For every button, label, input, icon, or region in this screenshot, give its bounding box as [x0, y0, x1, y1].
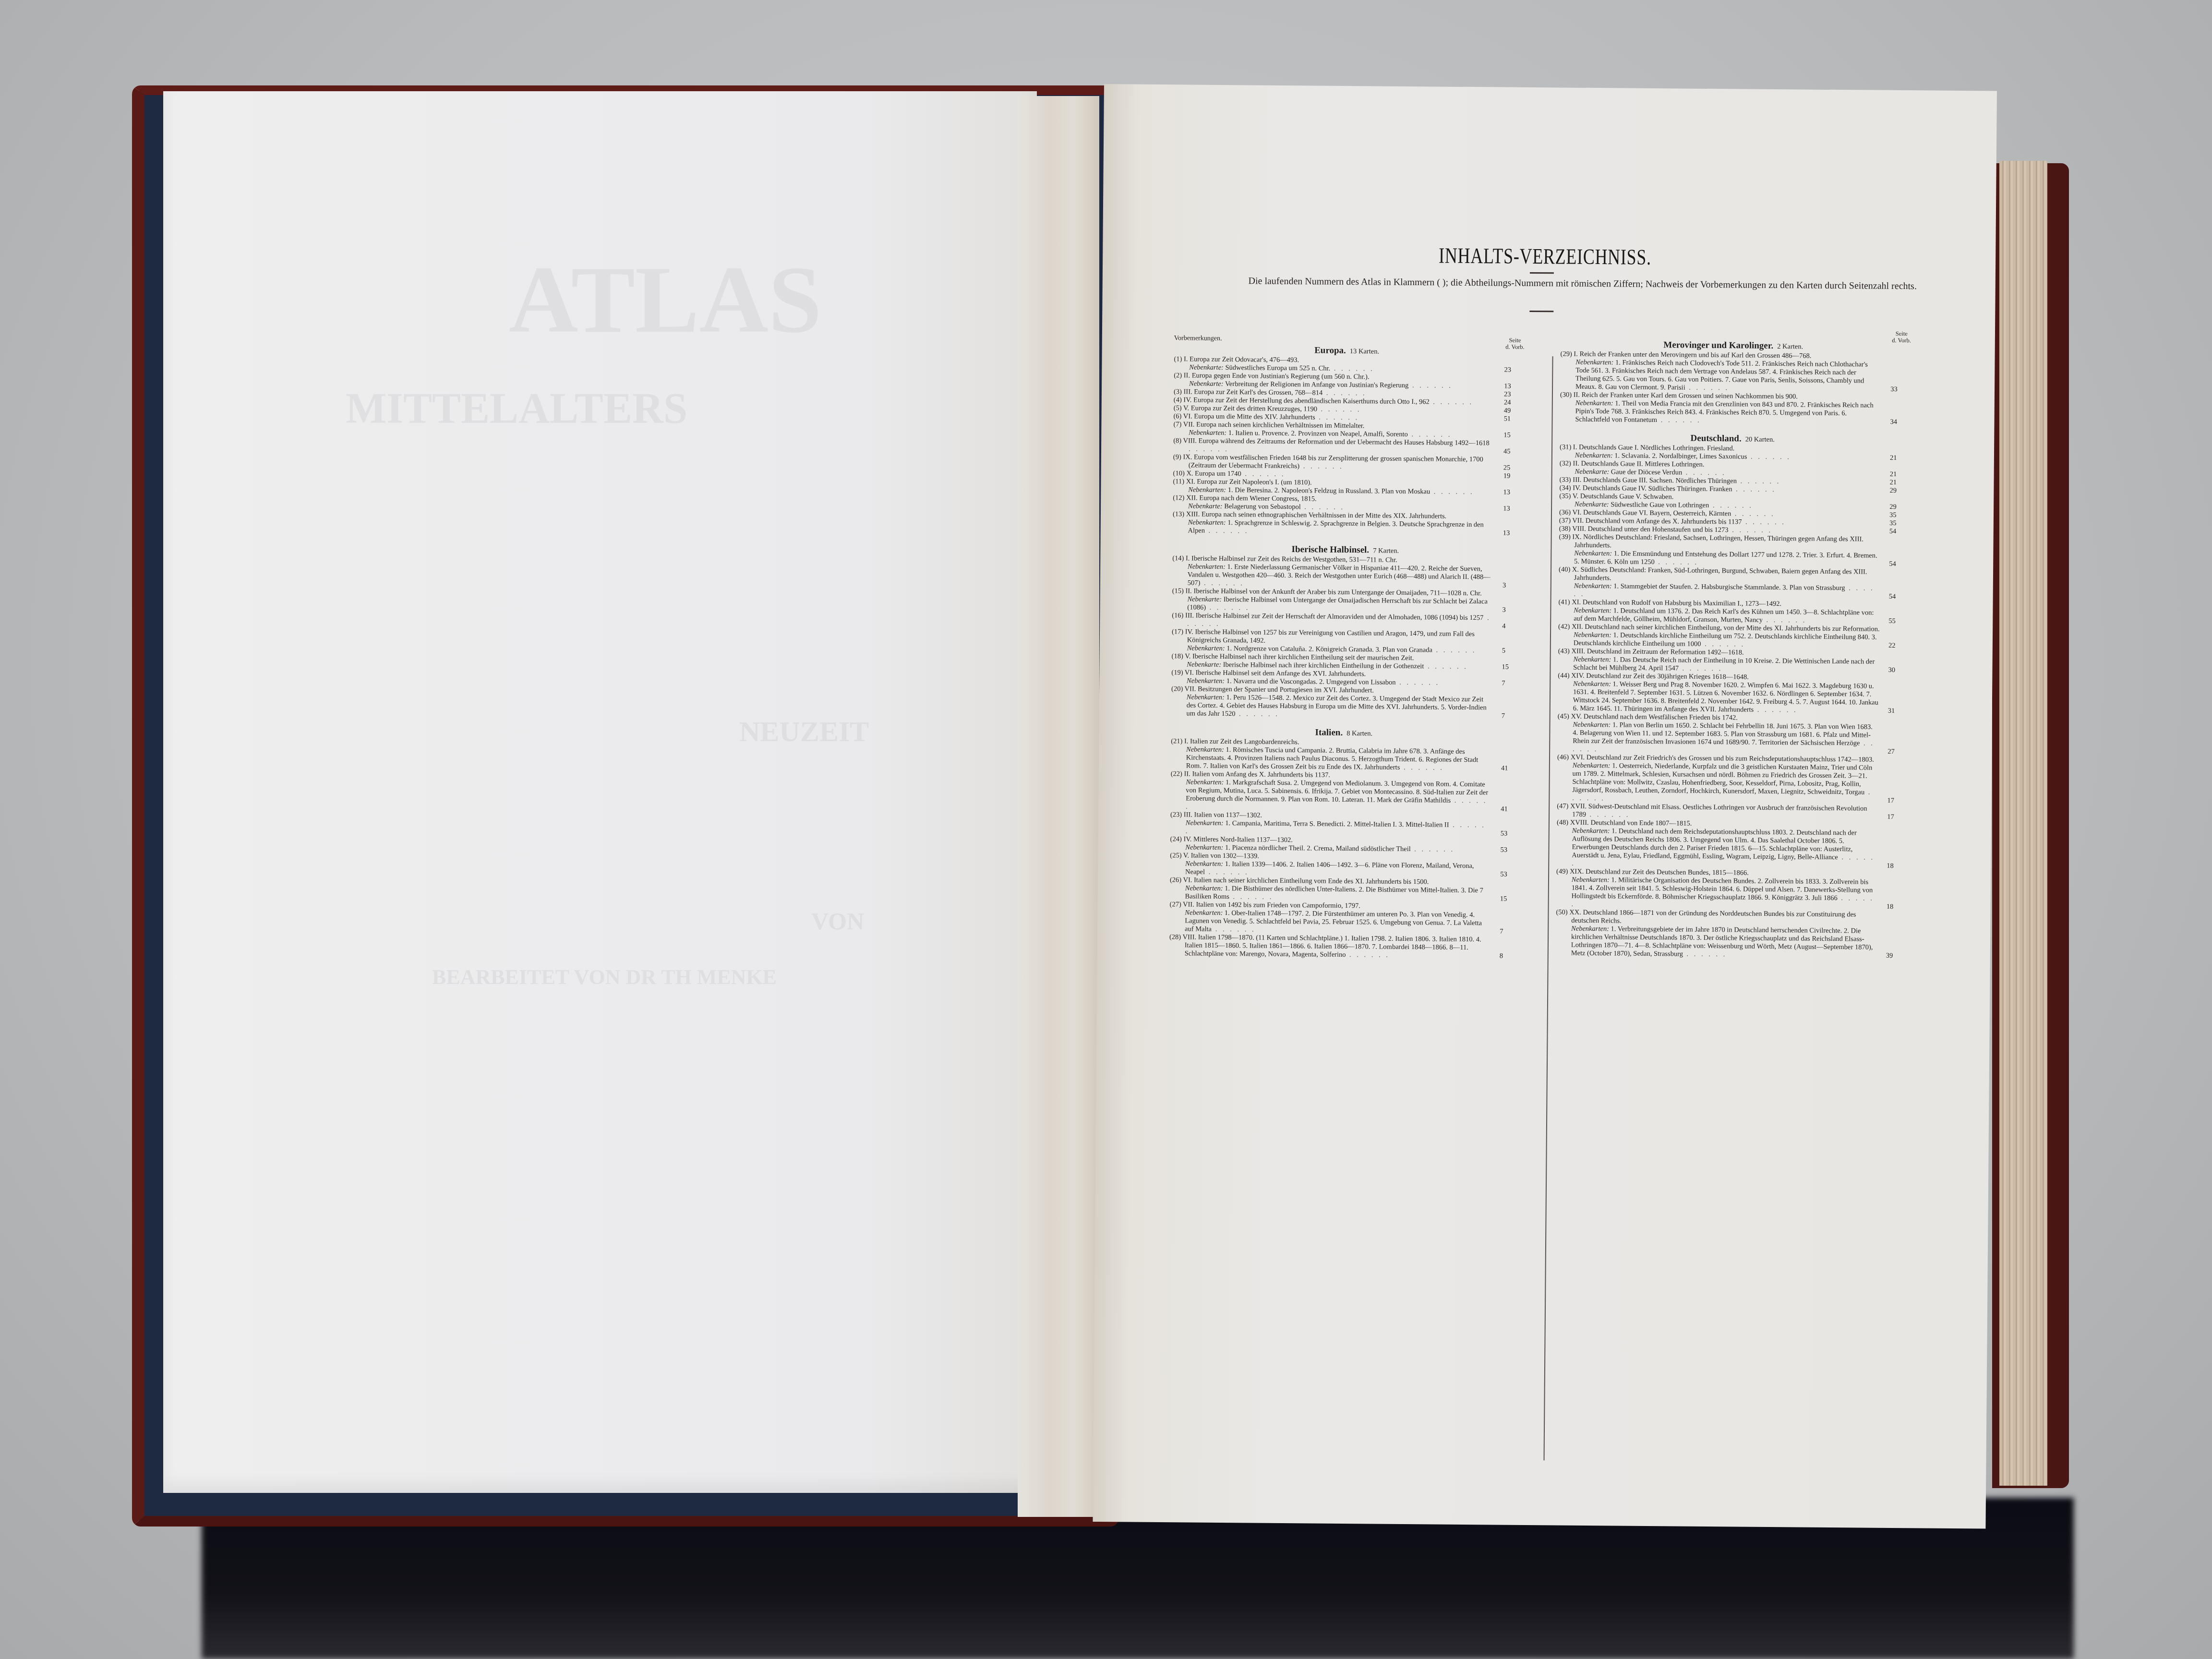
toc-entry: (23) III. Italien von 1137—1302.Nebenkar…: [1170, 811, 1516, 838]
nebenkarte-text: 1. Navarra und die Vascongadas. 2. Umgeg…: [1226, 677, 1396, 686]
nebenkarte-label: Nebenkarten:: [1571, 925, 1609, 933]
nebenkarte-label: Nebenkarte:: [1575, 468, 1610, 476]
leader-dots: . . . . . .: [1301, 503, 1345, 511]
toc-entry: (7) VII. Europa nach seinen kirchlichen …: [1173, 421, 1519, 440]
entry-number: (33) III.: [1559, 476, 1581, 483]
nebenkarte-text: 1. Sclavania. 2. Nordalbinger, Limes Sax…: [1614, 452, 1747, 460]
toc-entry: (17) IV. Iberische Halbinsel von 1257 bi…: [1172, 628, 1517, 655]
entry-number: (18) V.: [1172, 652, 1191, 660]
entry-title: Nördliches Deutschland: Friesland, Sachs…: [1574, 533, 1863, 549]
entry-number: (35) V.: [1559, 492, 1578, 500]
leader-dots: . . . . . .: [1411, 845, 1455, 854]
nebenkarte-text: Gaue der Diöcese Verdun: [1611, 468, 1682, 476]
entry-title: Italien 1798—1870. (11 Karten und Schlac…: [1185, 934, 1481, 959]
entry-number: (27) VII.: [1170, 901, 1194, 908]
toc-entry: (9) IX. Europa vom westfälischen Frieden…: [1173, 453, 1519, 472]
entry-number: (15) II.: [1172, 587, 1192, 595]
section-map-count: 2 Karten.: [1777, 343, 1803, 350]
entry-title: Deutschland von Rudolf von Habsburg bis …: [1583, 599, 1781, 608]
nebenkarte-text: 1. Deutschland um 1376. 2. Das Reich Kar…: [1574, 607, 1874, 624]
nebenkarte-text: Südwestliche Gaue von Lothringen: [1611, 501, 1709, 509]
leader-dots: . . . . . .: [1315, 413, 1359, 421]
entry-number: (28) VIII.: [1169, 933, 1196, 941]
leader-dots: . . . . . .: [1229, 893, 1274, 901]
entry-number: (39) IX.: [1559, 533, 1582, 541]
leader-dots: . . . . . .: [1432, 646, 1477, 654]
entry-number: (19) VI.: [1171, 669, 1194, 676]
entry-number: (6) VI.: [1174, 412, 1192, 420]
toc-entry: (24) IV. Mittleres Nord-Italien 1137—130…: [1170, 835, 1515, 854]
entry-number: (38) VIII.: [1559, 525, 1586, 532]
toc-entry: (42) XII. Deutschland nach seiner kirchl…: [1558, 623, 1904, 650]
nebenkarte-label: Nebenkarten:: [1573, 656, 1611, 664]
leader-dots: . . . . . .: [1701, 640, 1745, 649]
nebenkarte-label: Nebenkarten:: [1575, 399, 1613, 408]
entry-number: (21) I.: [1171, 737, 1188, 745]
nebenkarte-text: 1. Die Emsmündung und Entstehung des Dol…: [1574, 550, 1877, 566]
leader-dots: . . . . . .: [1709, 502, 1753, 510]
toc-entry: (27) VII. Italien von 1492 bis zum Fried…: [1169, 901, 1515, 936]
leader-dots: . . . . . .: [1206, 604, 1250, 612]
page-title: INHALTS-VERZEICHNISS.: [1439, 242, 1651, 269]
toc-entry: (43) XIII. Deutschland im Zeitraum der R…: [1558, 647, 1903, 674]
entry-title: Deutschlands Gaue VI. Bayern, Oesterreic…: [1583, 509, 1731, 517]
toc-entry: (16) III. Iberische Halbinsel zur Zeit d…: [1172, 612, 1517, 631]
toc-column-left: Vorbemerkungen. Seite d. Vorb. Europa.13…: [1169, 334, 1520, 967]
toc-entry: (1) I. Europa zur Zeit Odovacar's, 476—4…: [1174, 355, 1519, 374]
entry-number: (32) II.: [1560, 459, 1579, 467]
entry-title: Europa gegen Ende von Justinian's Regier…: [1192, 372, 1370, 381]
entry-title: Deutschlands Gaue II. Mittleres Lothring…: [1581, 460, 1704, 469]
entry-number: (48) XVIII.: [1557, 818, 1589, 827]
entry-title: Deutschland unter den Hohenstaufen und b…: [1587, 525, 1728, 534]
leader-dots: . . . . . .: [1685, 384, 1730, 392]
leader-dots: . . . . . .: [1189, 445, 1229, 453]
entry-title: Deutschland nach dem Westfälischen Fried…: [1584, 713, 1738, 722]
entry-number: (43) XIII.: [1558, 647, 1585, 655]
entry-number: (4) IV.: [1174, 396, 1192, 404]
vorbemerkungen-label: Vorbemerkungen.: [1174, 334, 1520, 345]
entry-title: Europa nach seinen kirchlichen Verhältni…: [1196, 421, 1365, 430]
toc-entry: (41) XI. Deutschland von Rudolf von Habs…: [1558, 598, 1904, 625]
entry-number: (42) XII.: [1558, 623, 1583, 630]
leader-dots: . . . . . .: [1395, 679, 1440, 687]
nebenkarte-label: Nebenkarten:: [1186, 819, 1224, 827]
entry-title: Iberische Halbinsel seit dem Anfange des…: [1195, 669, 1366, 678]
nebenkarte-label: Nebenkarten:: [1574, 582, 1612, 590]
title-rule: [1530, 272, 1554, 274]
nebenkarte-text: 1. Italien u. Provence. 2. Provinzen von…: [1228, 429, 1408, 438]
entry-number: (12) XII.: [1173, 494, 1198, 502]
entry-title: Iberische Halbinsel zur Zeit des Reichs …: [1191, 554, 1397, 564]
entry-number: (26) VI.: [1170, 876, 1192, 884]
toc-entry: (19) VI. Iberische Halbinsel seit dem An…: [1171, 669, 1517, 688]
page-block-edge: [1999, 161, 2047, 1486]
toc-entry: (8) VIII. Europa während des Zeitraums d…: [1173, 437, 1519, 456]
entry-number: (50) XX.: [1556, 908, 1581, 916]
toc-entry: (35) V. Deutschlands Gaue V. Schwaben.Ne…: [1559, 492, 1905, 511]
toc-entry: (26) VI. Italien nach seiner kirchlichen…: [1170, 876, 1515, 903]
toc-entry: (21) I. Italien zur Zeit des Langobarden…: [1171, 737, 1517, 773]
leader-dots: . . . . . .: [1212, 926, 1256, 934]
section-map-count: 8 Karten.: [1346, 730, 1372, 737]
entry-title: Italien vom Anfang des X. Jahrhunderts b…: [1192, 770, 1330, 779]
leader-dots: . . . . . .: [1205, 868, 1249, 877]
entry-title: Deutschland zur Zeit des Deutschen Bunde…: [1586, 868, 1749, 877]
leader-dots: . . . . . .: [1682, 469, 1726, 477]
nebenkarte-label: Nebenkarten:: [1188, 486, 1226, 494]
entry-title: Italien von 1302—1339.: [1191, 852, 1259, 860]
entry-number: (1) I.: [1174, 355, 1188, 363]
leader-dots: . . . . . .: [1657, 416, 1701, 424]
nebenkarte-label: Nebenkarten:: [1189, 429, 1226, 437]
nebenkarte-label: Nebenkarten:: [1188, 563, 1226, 571]
entry-title: Deutschlands Gaue IV. Südliches Thüringe…: [1583, 484, 1732, 493]
nebenkarte-label: Nebenkarten:: [1574, 607, 1611, 615]
entry-number: (41) XI.: [1558, 598, 1581, 606]
leader-dots: . . . . . .: [1731, 510, 1775, 518]
nebenkarte-label: Nebenkarte:: [1187, 595, 1222, 603]
nebenkarte-label: Nebenkarten:: [1575, 359, 1613, 367]
entry-number: (49) XIX.: [1556, 867, 1584, 875]
toc-entry: (32) II. Deutschlands Gaue II. Mittleres…: [1560, 459, 1905, 479]
entry-title: Europa zur Zeit Napoleon's I. (um 1810).: [1197, 478, 1312, 487]
leader-dots: . . . . . .: [1330, 365, 1374, 373]
leader-dots: . . . . . .: [1754, 706, 1798, 714]
nebenkarte-label: Nebenkarten:: [1187, 693, 1225, 701]
entry-title: Italien von 1492 bis zum Frieden von Cam…: [1196, 901, 1360, 910]
leader-dots: . . . . . .: [1729, 526, 1773, 534]
entry-title: Deutschlands Gaue III. Sachsen. Nördlich…: [1583, 476, 1737, 485]
entry-number: (24) IV.: [1170, 835, 1192, 843]
nebenkarte-text: 1. Campania, Maritima, Terra S. Benedict…: [1225, 819, 1449, 829]
show-through-title: ATLAS: [509, 245, 822, 355]
nebenkarte-text: 1. Militärische Organisation des Deutsch…: [1572, 876, 1873, 902]
show-through-line: MITTELALTERS: [346, 384, 687, 433]
entry-number: (37) VII.: [1559, 517, 1584, 524]
toc-entry: (30) II. Reich der Franken unter Karl de…: [1560, 391, 1906, 426]
toc-entry: (50) XX. Deutschland 1866—1871 von der G…: [1556, 908, 1902, 960]
show-through-line: VON: [811, 907, 864, 935]
entry-number: (13) XIII.: [1173, 510, 1200, 518]
leader-dots: . . . . . .: [1679, 664, 1723, 673]
nebenkarte-label: Nebenkarten:: [1574, 550, 1612, 558]
toc-entry: (22) II. Italien vom Anfang des X. Jahrh…: [1170, 770, 1516, 814]
nebenkarte-text: 1. Markgrafschaft Susa. 2. Umgegend von …: [1186, 779, 1488, 805]
entry-title: Europa zur Zeit Karl's des Grossen, 768—…: [1194, 388, 1322, 397]
toc-entry: (46) XVI. Deutschland zur Zeit Friedrich…: [1557, 753, 1903, 805]
nebenkarte-label: Nebenkarten:: [1188, 518, 1226, 527]
nebenkarte-text: Belagerung von Sebastopol: [1224, 503, 1301, 511]
subtitle-rule: [1529, 311, 1553, 312]
entry-title: Europa nach dem Wiener Congress, 1815.: [1199, 494, 1317, 503]
entry-number: (9) IX.: [1173, 453, 1192, 461]
entry-number: (8) VIII.: [1173, 437, 1197, 445]
leader-dots: . . . . . .: [1299, 462, 1344, 470]
entry-title: Deutschlands Gaue I. Nördliches Lothring…: [1579, 444, 1735, 453]
section-name: Europa.: [1314, 345, 1346, 356]
leader-dots: . . . . . .: [1732, 485, 1776, 493]
section-map-count: 20 Karten.: [1745, 436, 1775, 444]
nebenkarte-label: Nebenkarte:: [1187, 661, 1221, 669]
nebenkarte-label: Nebenkarten:: [1185, 909, 1223, 917]
toc-entry: (13) XIII. Europa nach seinen ethnograph…: [1173, 510, 1518, 538]
entry-title: Italien von 1137—1302.: [1194, 811, 1262, 819]
leader-dots: . . . . . .: [1586, 811, 1630, 819]
leader-dots: . . . . . .: [1424, 662, 1468, 671]
section-name: Iberische Halbinsel.: [1292, 544, 1370, 555]
nebenkarte-label: Nebenkarten:: [1573, 721, 1611, 729]
leader-dots: . . . . . .: [1235, 710, 1279, 718]
nebenkarte-label: Nebenkarten:: [1572, 876, 1610, 884]
nebenkarte-text: 1. Piacenza nördlicher Theil. 2. Crema, …: [1225, 844, 1411, 853]
gutter: [1018, 96, 1099, 1517]
nebenkarte-text: 1. Theil von Media Francia mit den Grenz…: [1575, 399, 1873, 424]
entry-number: (29) I.: [1561, 350, 1578, 358]
leader-dots: . . . . . .: [1400, 764, 1444, 772]
nebenkarte-text: 1. Plan von Berlin um 1650. 2. Schlacht …: [1573, 721, 1873, 747]
section-name: Italien.: [1315, 727, 1343, 737]
entry-number: (5) V.: [1174, 404, 1190, 412]
entry-number: (44) XIV.: [1558, 672, 1584, 679]
nebenkarte-text: 1. Peru 1526—1548. 2. Mexico zur Zeit de…: [1187, 694, 1487, 718]
leader-dots: . . . . . .: [1737, 477, 1781, 485]
toc-entry: (39) IX. Nördliches Deutschland: Friesla…: [1559, 533, 1905, 568]
entry-number: (7) VII.: [1173, 421, 1194, 428]
nebenkarte-label: Nebenkarte:: [1188, 502, 1223, 510]
entry-title: Mittleres Nord-Italien 1137—1302.: [1193, 836, 1293, 844]
contents-page: INHALTS-VERZEICHNISS. Die laufenden Numm…: [1093, 84, 1996, 1529]
section-map-count: 13 Karten.: [1350, 348, 1379, 355]
entry-number: (16) III.: [1172, 612, 1194, 619]
entry-number: (20) VII.: [1171, 685, 1196, 693]
seite-header: Seite d. Vorb.: [1505, 337, 1525, 350]
nebenkarte-label: Nebenkarten:: [1187, 677, 1225, 685]
entry-number: (2) II.: [1174, 372, 1190, 379]
entry-title: Europa während des Zeitraums der Reforma…: [1199, 437, 1490, 447]
toc-entry: (29) I. Reich der Franken unter den Mero…: [1560, 350, 1906, 394]
nebenkarte-text: 1. Stammgebiet der Staufen. 2. Habsburgi…: [1613, 582, 1845, 592]
page-subtitle: Die laufenden Nummern des Atlas in Klamm…: [1223, 275, 1943, 293]
toc-entry: (28) VIII. Italien 1798—1870. (11 Karten…: [1169, 933, 1515, 961]
leader-dots: . . . . . .: [1346, 951, 1390, 959]
leader-dots: . . . . . .: [1408, 382, 1453, 390]
entry-number: (36) VI.: [1559, 508, 1582, 516]
toc-entry: (15) II. Iberische Halbinsel von der Ank…: [1172, 587, 1517, 614]
entry-title: Iberische Halbinsel von 1257 bis zur Ver…: [1187, 628, 1475, 645]
nebenkarte-text: Iberische Halbinsel nach ihrer kirchlich…: [1223, 661, 1424, 670]
nebenkarte-text: 1. Nordgrenze von Cataluña. 2. Königreic…: [1226, 645, 1432, 654]
entry-title: Europa zur Zeit des dritten Kreuzzuges, …: [1191, 404, 1317, 413]
nebenkarte-text: Verbreitung der Religionen im Anfange vo…: [1225, 380, 1408, 389]
toc-entry: (48) XVIII. Deutschland von Ende 1807—18…: [1556, 818, 1902, 870]
entry-title: Deutschland vom Anfange des X. Jahrhunde…: [1586, 517, 1742, 526]
section-map-count: 7 Karten.: [1373, 547, 1399, 554]
toc-entry: (31) I. Deutschlands Gaue I. Nördliches …: [1560, 443, 1905, 462]
entry-number: (10) X.: [1173, 469, 1193, 477]
show-through-line: NEUZEIT: [739, 715, 869, 748]
leader-dots: . . . . . .: [1430, 398, 1474, 406]
leader-dots: . . . . . .: [1763, 616, 1807, 625]
toc-entry: (11) XI. Europa zur Zeit Napoleon's I. (…: [1173, 478, 1518, 497]
section-name: Deutschland.: [1691, 433, 1742, 444]
entry-title: Europa um 1740: [1195, 470, 1241, 478]
leader-dots: . . . . . .: [1430, 488, 1474, 496]
nebenkarte-label: Nebenkarten:: [1185, 860, 1223, 868]
leader-dots: . . . . . .: [1200, 579, 1244, 588]
nebenkarte-label: Nebenkarten:: [1187, 644, 1225, 652]
entry-number: (31) I.: [1560, 443, 1577, 451]
leader-dots: . . . . . .: [1317, 406, 1361, 414]
toc-entry: (18) V. Iberische Halbinsel nach ihrer k…: [1171, 652, 1517, 672]
nebenkarte-label: Nebenkarten:: [1185, 884, 1223, 892]
leader-dots: . . . . . .: [1241, 470, 1286, 478]
nebenkarte-label: Nebenkarten:: [1186, 745, 1224, 754]
nebenkarte-label: Nebenkarten:: [1186, 778, 1224, 786]
nebenkarte-text: 1. Deutschland nach dem Reichsdeputation…: [1572, 827, 1857, 861]
nebenkarte-text: 1. Das Deutsche Reich nach der Eintheilu…: [1573, 656, 1875, 672]
nebenkarte-text: 1. Die Beresina. 2. Napoleon's Feldzug i…: [1228, 486, 1431, 495]
nebenkarte-label: Nebenkarten:: [1575, 452, 1613, 460]
leader-dots: . . . . . .: [1322, 389, 1367, 397]
entry-title: Deutschland 1866—1871 von der Gründung d…: [1571, 909, 1856, 925]
nebenkarte-text: 1. Weisser Berg und Prag 8. November 162…: [1573, 680, 1879, 713]
entry-number: (14) I.: [1172, 554, 1190, 562]
show-through-line: BEARBEITET VON DR TH MENKE: [432, 965, 777, 989]
toc-entry: (49) XIX. Deutschland zur Zeit des Deuts…: [1556, 867, 1902, 911]
entry-number: (22) II.: [1171, 770, 1190, 778]
entry-number: (3) III.: [1174, 388, 1192, 396]
entry-number: (45) XV.: [1558, 712, 1582, 720]
nebenkarte-label: Nebenkarten:: [1572, 827, 1610, 835]
entry-number: (46) XVI.: [1557, 753, 1585, 761]
leader-dots: . . . . . .: [1742, 518, 1786, 526]
entry-number: (25) V.: [1170, 852, 1189, 859]
entry-title: Besitzungen der Spanier und Portugiesen …: [1198, 685, 1374, 695]
entry-number: (17) IV.: [1172, 628, 1193, 636]
toc-entry: (45) XV. Deutschland nach dem Westfälisc…: [1557, 712, 1903, 756]
entry-title: Europa um die Mitte des XIV. Jahrhundert…: [1194, 412, 1315, 421]
nebenkarte-text: 1. Oesterreich, Niederlande, Kurpfalz un…: [1572, 762, 1872, 796]
entry-number: (11) XI.: [1173, 478, 1195, 485]
entry-title: Deutschland von Ende 1807—1815.: [1590, 819, 1692, 828]
entry-number: (34) IV.: [1559, 484, 1581, 492]
nebenkarte-text: Südwestliches Europa um 525 n. Chr.: [1225, 364, 1330, 373]
toc-entry: (25) V. Italien von 1302—1339.Nebenkarte…: [1170, 852, 1515, 879]
entry-title: Reich der Franken unter den Merovingern …: [1579, 350, 1811, 360]
entry-title: Reich der Franken unter Karl dem Grossen…: [1582, 391, 1798, 401]
section-name: Merovinger und Karolinger.: [1663, 340, 1773, 351]
nebenkarte-label: Nebenkarten:: [1574, 631, 1611, 639]
toc-entry: (47) XVII. Südwest-Deutschland mit Elsas…: [1557, 802, 1902, 821]
entry-number: (23) III.: [1170, 811, 1192, 818]
entry-title: Europa zur Zeit Odovacar's, 476—493.: [1190, 355, 1299, 364]
nebenkarte-label: Nebenkarte:: [1189, 380, 1224, 388]
nebenkarte-label: Nebenkarte:: [1575, 501, 1609, 509]
leader-dots: . . . . . .: [1655, 558, 1699, 566]
entry-number: (30) II.: [1560, 391, 1580, 398]
seite-header: Seite d. Vorb.: [1892, 330, 1911, 344]
toc-entry: (44) XIV. Deutschland zur Zeit des 30jäh…: [1558, 672, 1904, 715]
toc-entry: (14) I. Iberische Halbinsel zur Zeit des…: [1172, 554, 1518, 590]
entry-title: Italien zur Zeit des Langobardenreichs.: [1190, 737, 1299, 746]
leader-dots: . . . . . .: [1683, 950, 1727, 959]
toc-column-right: Seite d. Vorb. Merovinger und Karolinger…: [1556, 337, 1906, 967]
entry-number: (40) X.: [1559, 565, 1579, 573]
nebenkarte-label: Nebenkarten:: [1573, 680, 1611, 688]
leader-dots: . . . . . .: [1408, 431, 1452, 439]
nebenkarte-label: Nebenkarten:: [1573, 762, 1611, 770]
nebenkarte-label: Nebenkarten:: [1185, 843, 1223, 852]
entry-title: Deutschlands Gaue V. Schwaben.: [1580, 493, 1674, 501]
entry-title: Iberische Halbinsel zur Zeit der Herrsch…: [1196, 612, 1484, 622]
entry-number: (47) XVII.: [1557, 802, 1587, 810]
entry-title: Deutschland zur Zeit des 30jährigen Krie…: [1586, 672, 1749, 681]
leader-dots: . . . . . .: [1205, 527, 1249, 535]
entry-title: Südliches Deutschland: Franken, Süd-Loth…: [1574, 566, 1867, 582]
toc-entry: (12) XII. Europa nach dem Wiener Congres…: [1173, 494, 1518, 513]
toc-entry: (2) II. Europa gegen Ende von Justinian'…: [1174, 372, 1519, 391]
leader-dots: . . . . . .: [1747, 453, 1791, 461]
column-divider: [1544, 356, 1553, 1460]
toc-entry: (40) X. Südliches Deutschland: Franken, …: [1559, 565, 1905, 601]
left-page-blank: ATLAS MITTELALTERS NEUZEIT VON BEARBEITE…: [163, 91, 1037, 1493]
nebenkarte-label: Nebenkarte:: [1189, 363, 1224, 372]
toc-entry: (20) VII. Besitzungen der Spanier und Po…: [1171, 685, 1517, 721]
entry-title: Deutschland im Zeitraum der Reformation …: [1587, 648, 1744, 657]
